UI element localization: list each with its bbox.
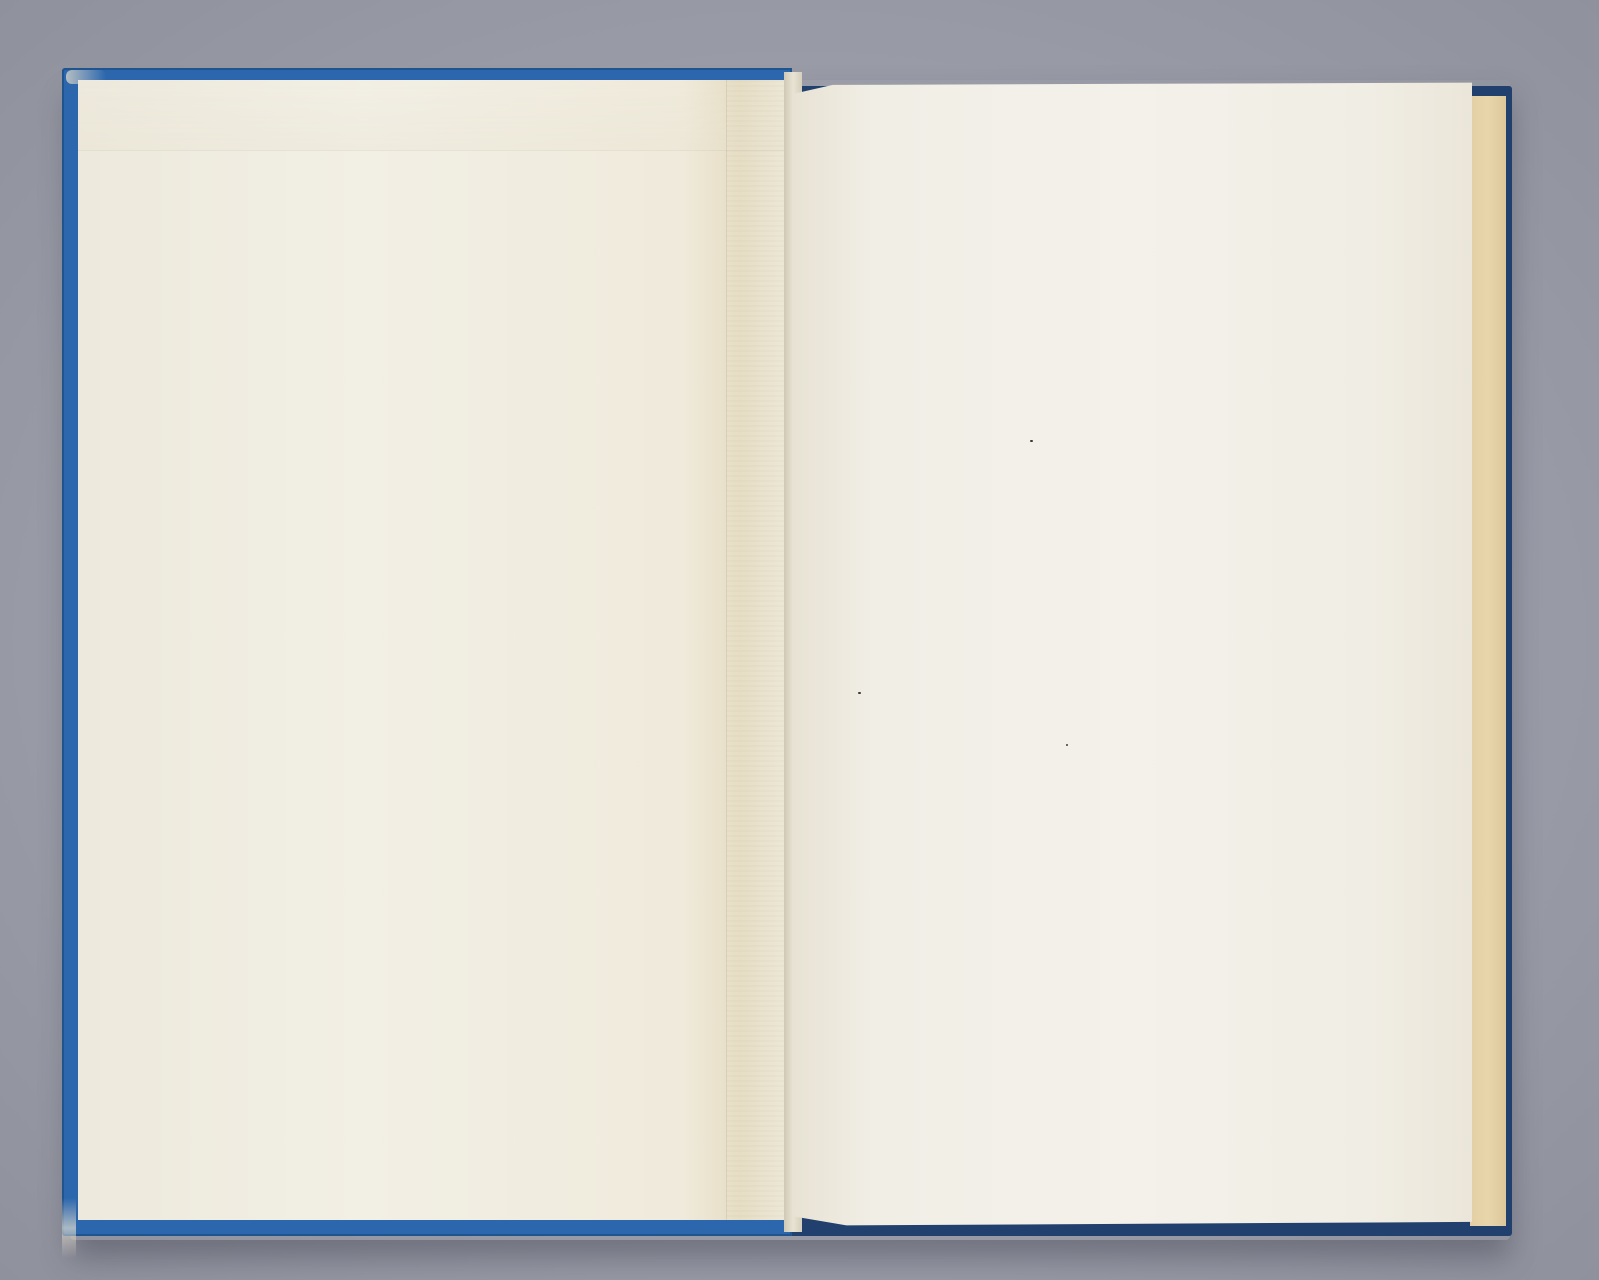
cover-turn-in (78, 80, 790, 151)
paper-speck (1030, 440, 1033, 442)
paper-speck (1066, 744, 1068, 746)
paper-speck (858, 692, 861, 694)
text-block-edge (1470, 96, 1506, 1226)
cover-wear-bottom-left (62, 1198, 76, 1258)
right-free-endpaper (792, 78, 1472, 1230)
photo-scene (0, 0, 1599, 1280)
left-pastedown-page (78, 80, 790, 1220)
hinge-tape (726, 80, 791, 1220)
